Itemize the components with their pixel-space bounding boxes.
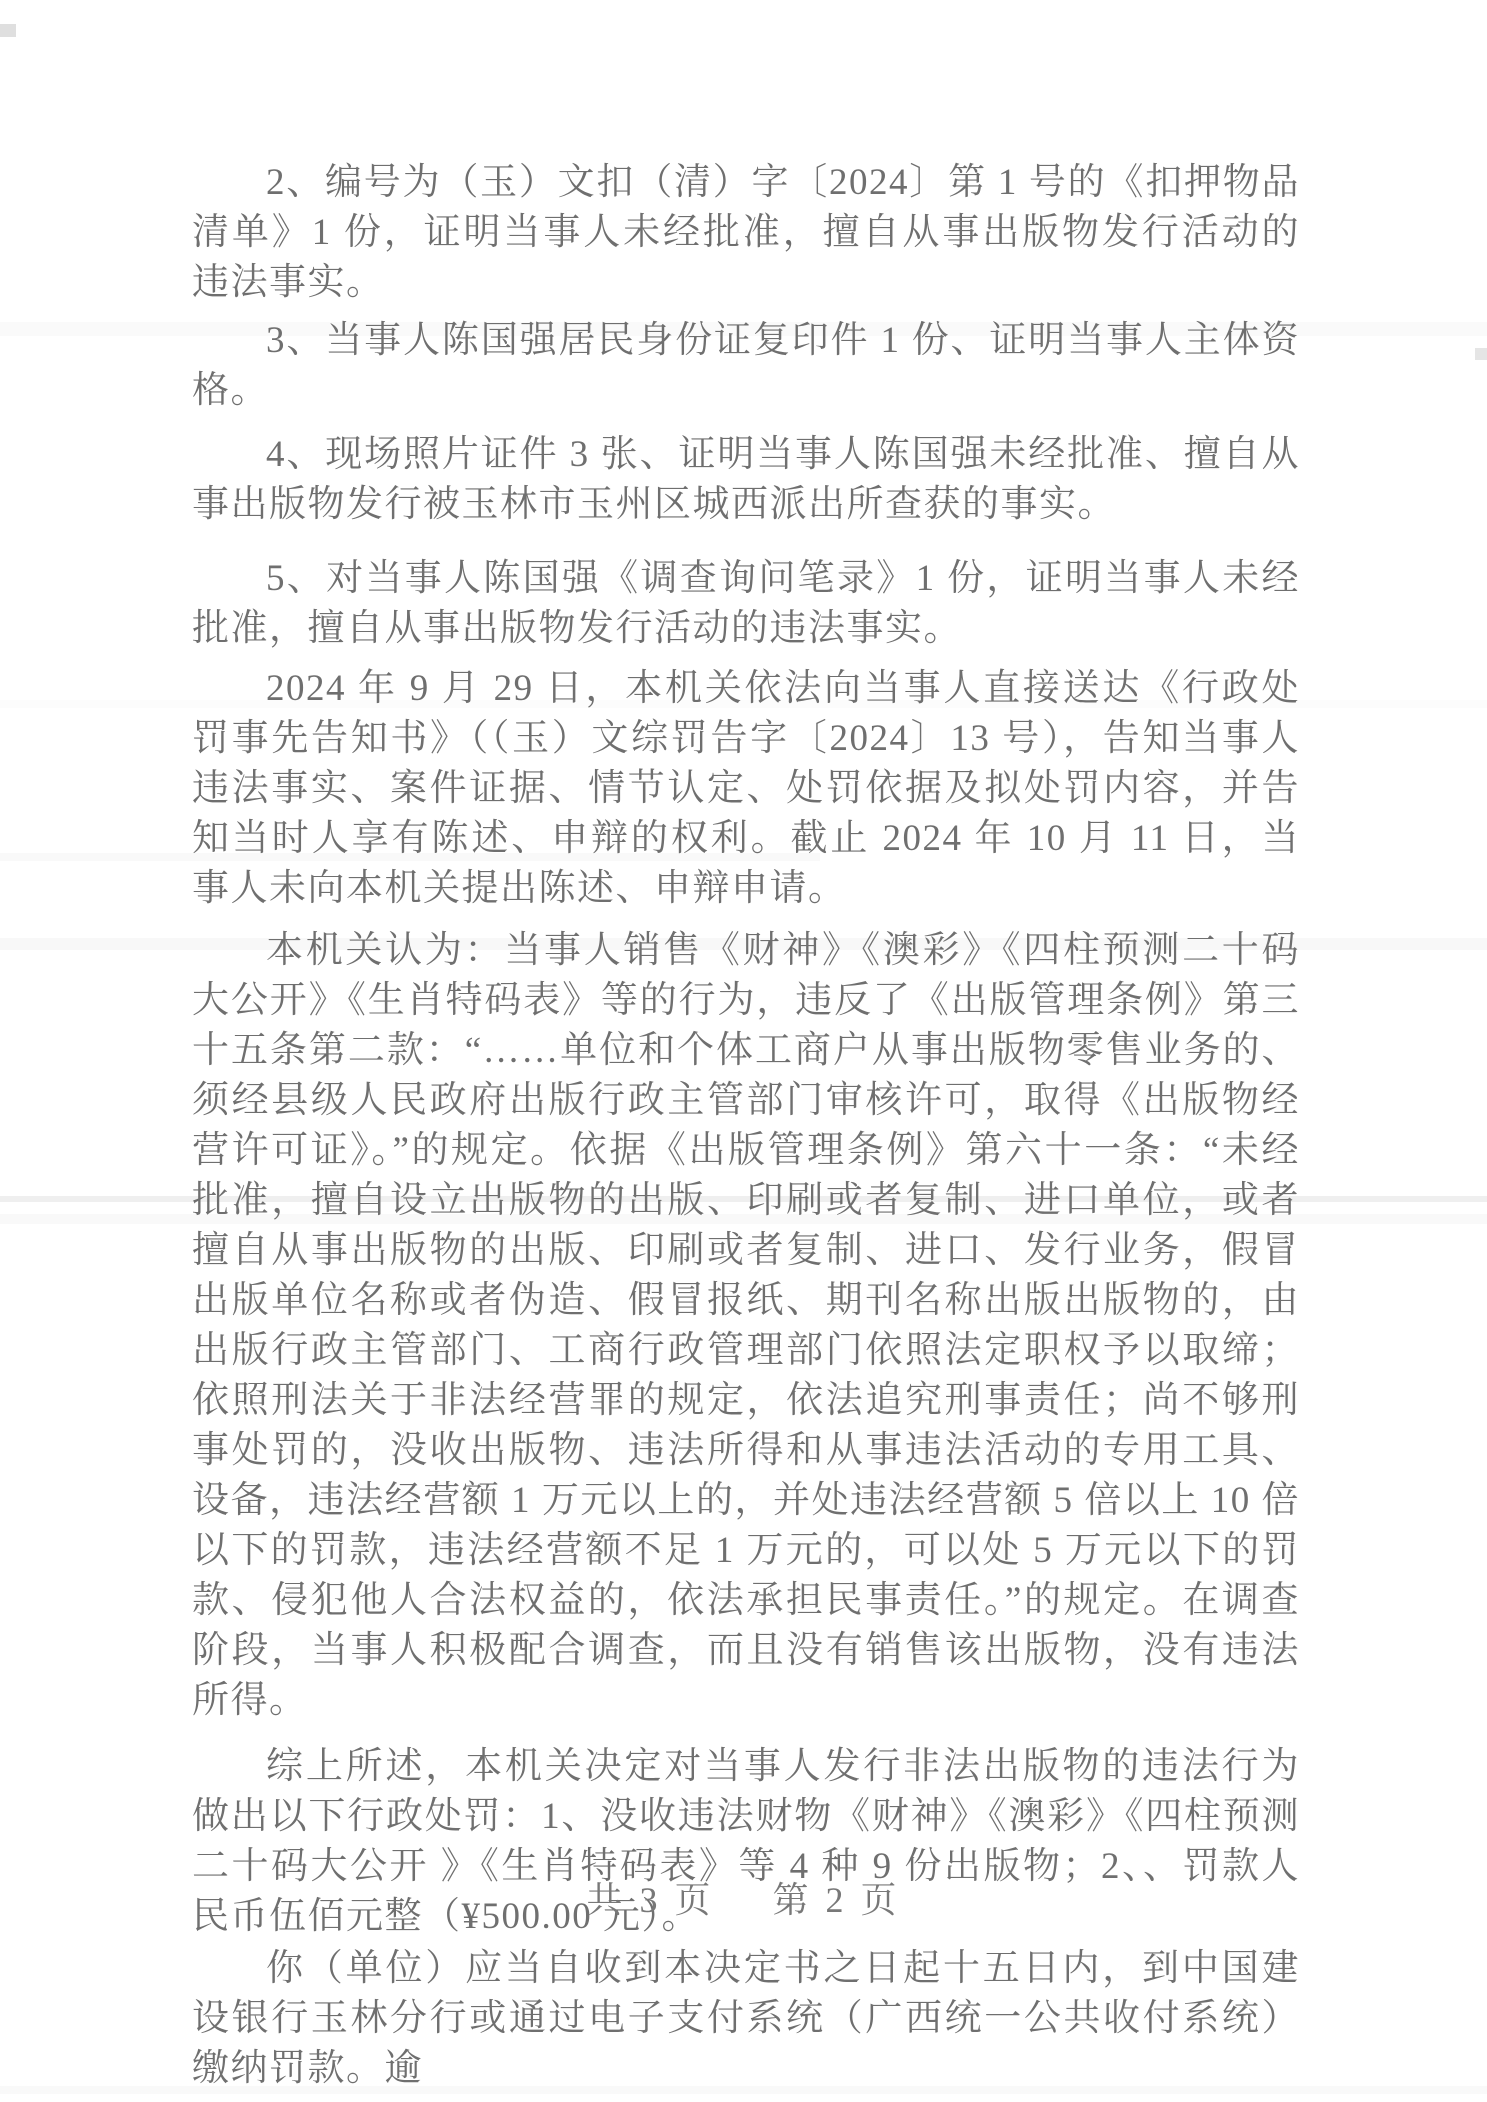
para-authority-opinion: 本机关认为：当事人销售《财神》《澳彩》《四柱预测二十码大公开》《生肖特码表》等的… (192, 926, 1300, 1726)
para-evidence-item-5: 5、对当事人陈国强《调查询问笔录》1 份，证明当事人未经批准，擅自从事出版物发行… (192, 554, 1300, 654)
para-evidence-item-3: 3、当事人陈国强居民身份证复印件 1 份、证明当事人主体资格。 (192, 316, 1300, 416)
scan-artifact (1475, 348, 1487, 360)
document-body: 2、编号为（玉）文扣（清）字〔2024〕第 1 号的《扣押物品清单》1 份，证明… (192, 158, 1300, 2094)
para-prior-notice: 2024 年 9 月 29 日，本机关依法向当事人直接送达《行政处罚事先告知书》… (192, 664, 1300, 914)
page-footer: 共 3 页第 2 页 (0, 1878, 1487, 1922)
scanned-document-page: 2、编号为（玉）文扣（清）字〔2024〕第 1 号的《扣押物品清单》1 份，证明… (0, 0, 1487, 2102)
footer-total-pages: 共 3 页 (586, 1880, 714, 1920)
para-evidence-item-4: 4、现场照片证件 3 张、证明当事人陈国强未经批准、擅自从事出版物发行被玉林市玉… (192, 430, 1300, 530)
para-payment-instruction: 你（单位）应当自收到本决定书之日起十五日内，到中国建设银行玉林分行或通过电子支付… (192, 1944, 1300, 2094)
footer-current-page: 第 2 页 (773, 1880, 901, 1920)
para-evidence-item-2: 2、编号为（玉）文扣（清）字〔2024〕第 1 号的《扣押物品清单》1 份，证明… (192, 158, 1300, 308)
scan-artifact (0, 24, 16, 37)
